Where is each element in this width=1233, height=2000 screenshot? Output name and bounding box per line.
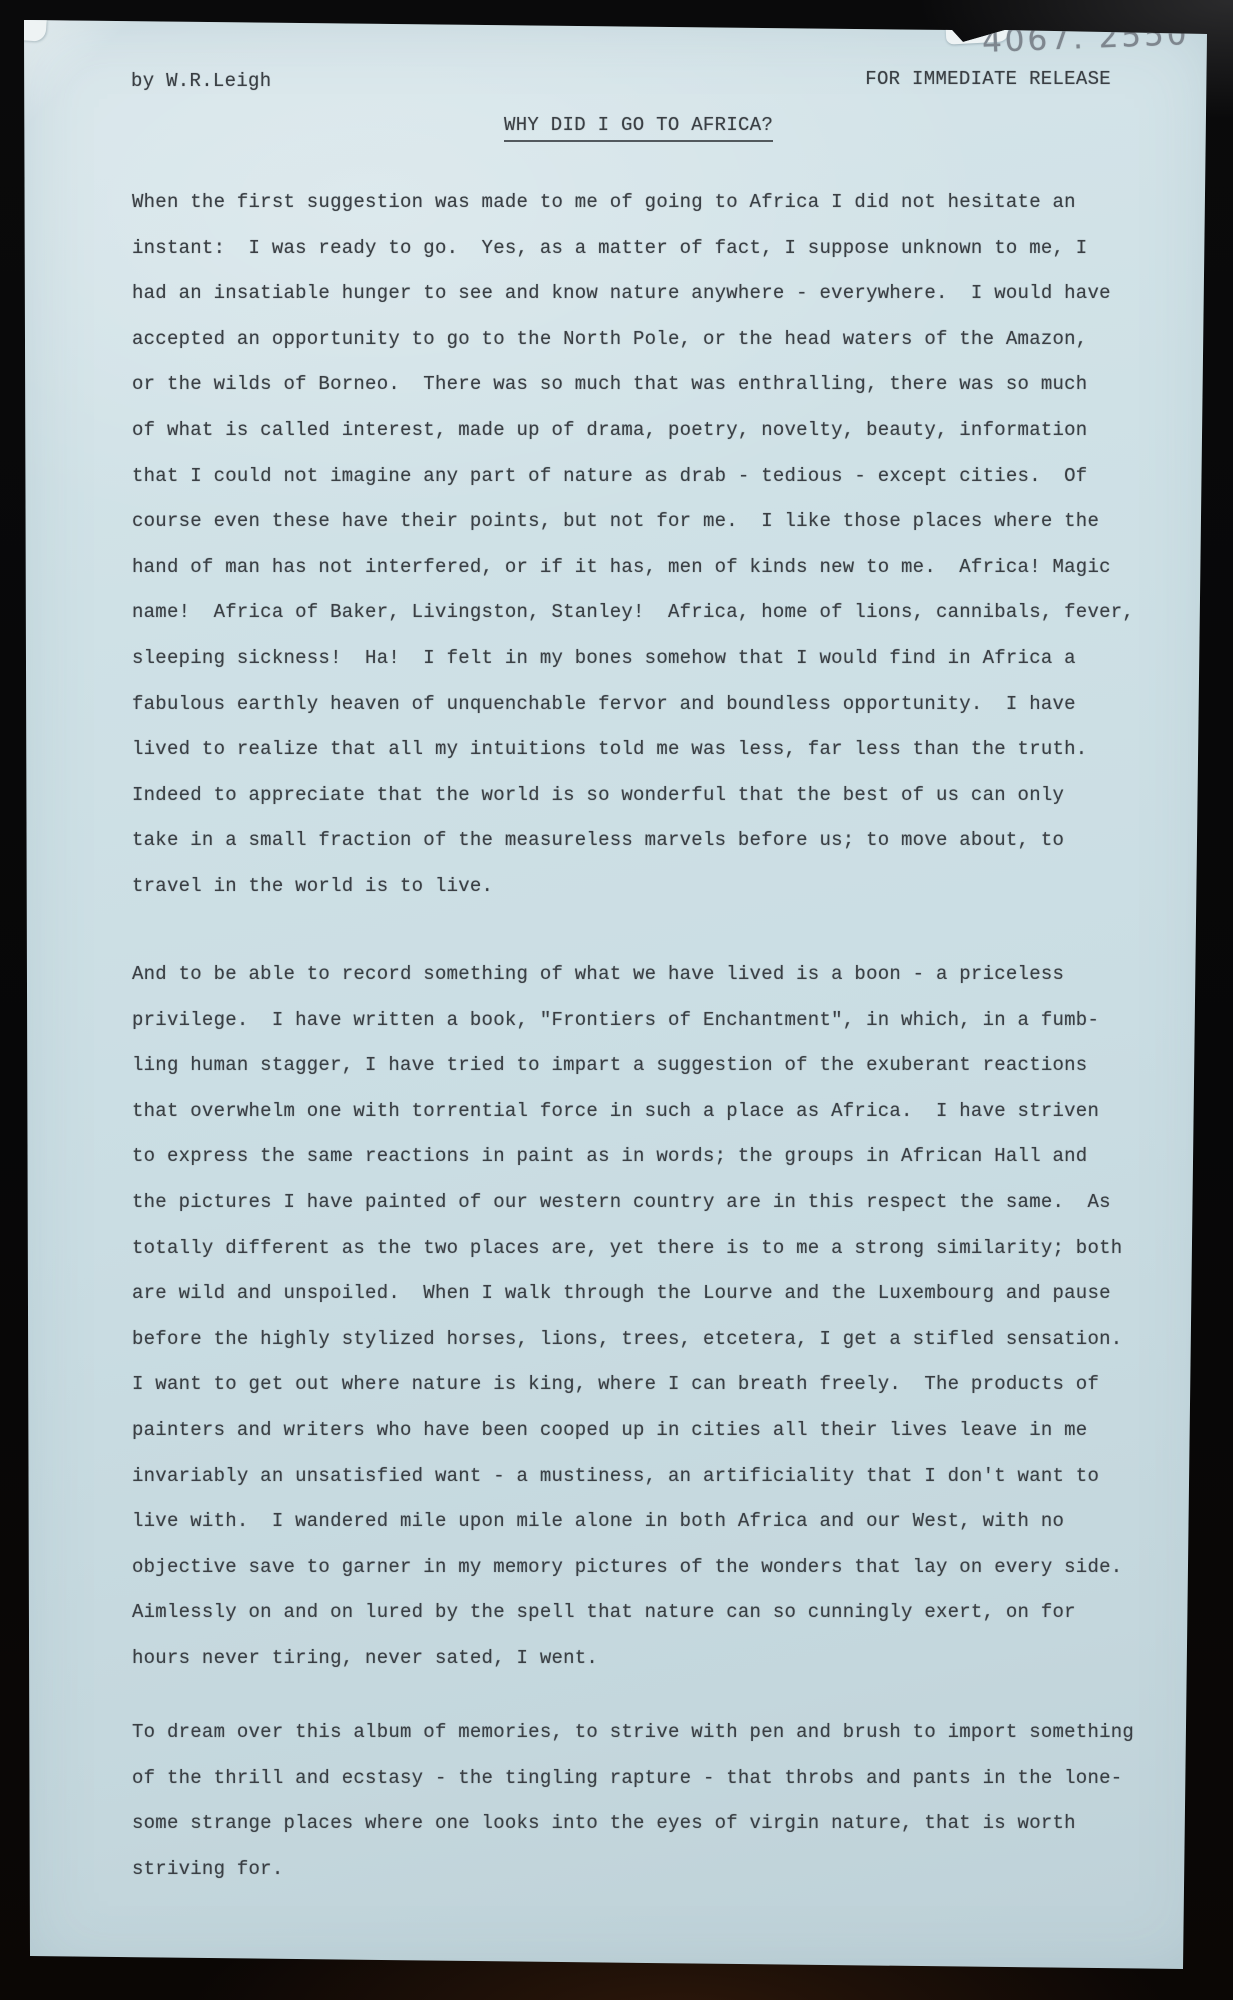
paper-tear-top-left [19,18,46,42]
text-line: ling human stagger, I have tried to impa… [132,1043,1122,1089]
text-line: hours never tiring, never sated, I went. [132,1636,1122,1682]
text-line: sleeping sickness! Ha! I felt in my bone… [132,636,1134,682]
text-line: Indeed to appreciate that the world is s… [132,773,1134,819]
text-line: I want to get out where nature is king, … [132,1362,1122,1408]
text-line: And to be able to record something of wh… [132,952,1122,998]
text-line: course even these have their points, but… [132,499,1134,545]
text-line: are wild and unspoiled. When I walk thro… [132,1271,1122,1317]
text-line: hand of man has not interfered, or if it… [132,545,1134,591]
text-line: take in a small fraction of the measurel… [132,818,1134,864]
paragraph-1: When the first suggestion was made to me… [132,180,1134,910]
text-line: To dream over this album of memories, to… [132,1710,1134,1756]
text-line: that overwhelm one with torrential force… [132,1089,1122,1135]
text-line: or the wilds of Borneo. There was so muc… [132,362,1134,408]
text-line: to express the same reactions in paint a… [132,1134,1122,1180]
paragraph-3: To dream over this album of memories, to… [132,1710,1134,1892]
text-line: privilege. I have written a book, "Front… [132,998,1122,1044]
text-line: accepted an opportunity to go to the Nor… [132,317,1134,363]
text-line: striving for. [132,1847,1134,1893]
text-line: that I could not imagine any part of nat… [132,454,1134,500]
text-line: of what is called interest, made up of d… [132,408,1134,454]
text-line: of the thrill and ecstasy - the tingling… [132,1756,1134,1802]
text-line: name! Africa of Baker, Livingston, Stanl… [132,590,1134,636]
document-page: by W.R.Leigh FOR IMMEDIATE RELEASE 4067.… [0,0,1233,2000]
text-line: totally different as the two places are,… [132,1226,1122,1272]
handwritten-number: 4067. 2550 [981,16,1190,60]
text-line: had an insatiable hunger to see and know… [132,271,1134,317]
paragraph-2: And to be able to record something of wh… [132,952,1122,1682]
text-line: travel in the world is to live. [132,864,1134,910]
page-title: WHY DID I GO TO AFRICA? [504,114,773,142]
scan-backdrop: by W.R.Leigh FOR IMMEDIATE RELEASE 4067.… [0,0,1233,2000]
text-line: invariably an unsatisfied want - a musti… [132,1454,1122,1500]
text-line: some strange places where one looks into… [132,1801,1134,1847]
text-line: objective save to garner in my memory pi… [132,1545,1122,1591]
text-line: lived to realize that all my intuitions … [132,727,1134,773]
text-line: instant: I was ready to go. Yes, as a ma… [132,226,1134,272]
byline: by W.R.Leigh [131,70,271,92]
text-line: Aimlessly on and on lured by the spell t… [132,1590,1122,1636]
text-line: before the highly stylized horses, lions… [132,1317,1122,1363]
text-line: When the first suggestion was made to me… [132,180,1134,226]
text-line: painters and writers who have been coope… [132,1408,1122,1454]
release-note: FOR IMMEDIATE RELEASE [865,68,1111,90]
text-line: the pictures I have painted of our weste… [132,1180,1122,1226]
text-line: fabulous earthly heaven of unquenchable … [132,682,1134,728]
text-line: live with. I wandered mile upon mile alo… [132,1499,1122,1545]
